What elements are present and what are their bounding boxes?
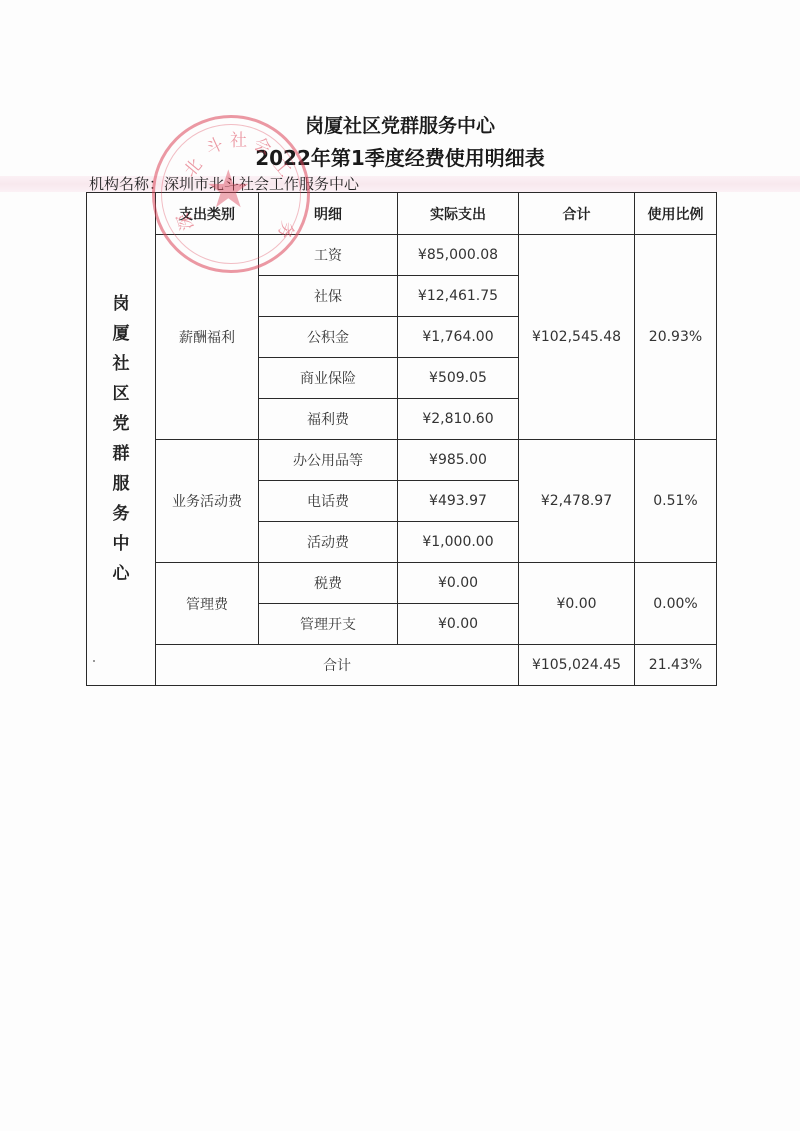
- total-label: 合计: [156, 645, 519, 686]
- side-char: 服: [87, 469, 155, 499]
- total-amount: ¥105,024.45: [519, 645, 635, 686]
- subtotal-cell: ¥0.00: [519, 563, 635, 645]
- detail-cell: 社保: [259, 276, 398, 317]
- side-char: 中: [87, 529, 155, 559]
- header-subtotal: 合计: [519, 193, 635, 235]
- actual-cell: ¥985.00: [398, 440, 519, 481]
- total-ratio: 21.43%: [635, 645, 717, 686]
- actual-cell: ¥85,000.08: [398, 235, 519, 276]
- expense-table: 岗 厦 社 区 党 群 服 务 中 心 支出类别 明细 实际支出 合计 使用比例…: [86, 192, 717, 686]
- side-char: 厦: [87, 319, 155, 349]
- document-title: 岗厦社区党群服务中心: [0, 111, 800, 138]
- total-row: 合计 ¥105,024.45 21.43%: [87, 645, 717, 686]
- ratio-cell: 20.93%: [635, 235, 717, 440]
- actual-cell: ¥12,461.75: [398, 276, 519, 317]
- subtotal-cell: ¥102,545.48: [519, 235, 635, 440]
- side-char: 务: [87, 499, 155, 529]
- actual-cell: ¥0.00: [398, 563, 519, 604]
- ratio-cell: 0.51%: [635, 440, 717, 563]
- category-cell: 薪酬福利: [156, 235, 259, 440]
- side-label: 岗 厦 社 区 党 群 服 务 中 心: [87, 193, 156, 686]
- side-char: 群: [87, 439, 155, 469]
- organization-name: 机构名称：深圳市北斗社会工作服务中心: [89, 173, 359, 194]
- actual-cell: ¥2,810.60: [398, 399, 519, 440]
- actual-cell: ¥0.00: [398, 604, 519, 645]
- header-category: 支出类别: [156, 193, 259, 235]
- side-char: 党: [87, 409, 155, 439]
- detail-cell: 公积金: [259, 317, 398, 358]
- side-char: 心: [87, 559, 155, 589]
- actual-cell: ¥493.97: [398, 481, 519, 522]
- detail-cell: 工资: [259, 235, 398, 276]
- side-char: 区: [87, 379, 155, 409]
- side-char: 社: [87, 349, 155, 379]
- ratio-cell: 0.00%: [635, 563, 717, 645]
- subtotal-cell: ¥2,478.97: [519, 440, 635, 563]
- category-cell: 业务活动费: [156, 440, 259, 563]
- header-row: 岗 厦 社 区 党 群 服 务 中 心 支出类别 明细 实际支出 合计 使用比例: [87, 193, 717, 235]
- header-ratio: 使用比例: [635, 193, 717, 235]
- detail-cell: 福利费: [259, 399, 398, 440]
- header-actual: 实际支出: [398, 193, 519, 235]
- detail-cell: 办公用品等: [259, 440, 398, 481]
- detail-cell: 电话费: [259, 481, 398, 522]
- detail-cell: 税费: [259, 563, 398, 604]
- detail-cell: 商业保险: [259, 358, 398, 399]
- table-row: 业务活动费 办公用品等 ¥985.00 ¥2,478.97 0.51%: [87, 440, 717, 481]
- table-row: 管理费 税费 ¥0.00 ¥0.00 0.00%: [87, 563, 717, 604]
- document-subtitle: 2022年第1季度经费使用明细表: [0, 142, 800, 171]
- category-cell: 管理费: [156, 563, 259, 645]
- side-char: 岗: [87, 289, 155, 319]
- actual-cell: ¥1,000.00: [398, 522, 519, 563]
- actual-cell: ¥1,764.00: [398, 317, 519, 358]
- actual-cell: ¥509.05: [398, 358, 519, 399]
- detail-cell: 管理开支: [259, 604, 398, 645]
- detail-cell: 活动费: [259, 522, 398, 563]
- scan-speck: [93, 660, 95, 662]
- header-detail: 明细: [259, 193, 398, 235]
- table-row: 薪酬福利 工资 ¥85,000.08 ¥102,545.48 20.93%: [87, 235, 717, 276]
